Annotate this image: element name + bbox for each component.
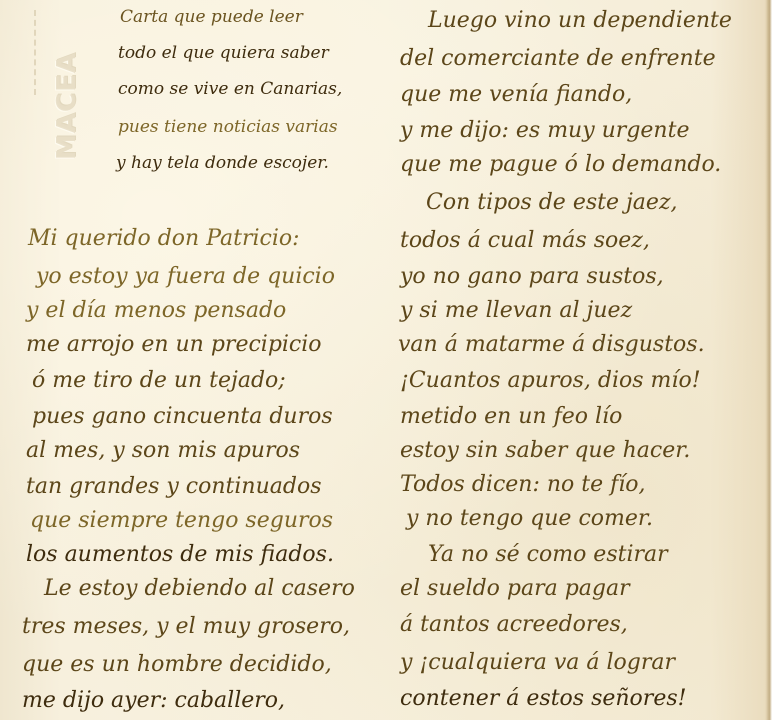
verse-line: contener á estos señores! bbox=[400, 684, 686, 714]
verse-line: me arrojo en un precipicio bbox=[26, 330, 322, 360]
verse-line: todos á cual más soez, bbox=[400, 226, 650, 256]
verse-line: me dijo ayer: caballero, bbox=[22, 686, 285, 716]
verse-line: y si me llevan al juez bbox=[400, 296, 632, 326]
letter-page: MACEA Carta que puede leer todo el que q… bbox=[0, 0, 772, 720]
verse-line: Le estoy debiendo al casero bbox=[44, 574, 355, 604]
verse-line: yo no gano para sustos, bbox=[400, 262, 664, 292]
verse-line: que me pague ó lo demando. bbox=[400, 150, 721, 180]
verse-line: los aumentos de mis fiados. bbox=[26, 540, 334, 570]
verse-line: Con tipos de este jaez, bbox=[426, 188, 678, 218]
verse-line: al mes, y son mis apuros bbox=[26, 436, 300, 466]
heading-line: y hay tela donde escojer. bbox=[116, 148, 329, 178]
verse-line: tan grandes y continuados bbox=[26, 472, 322, 502]
verse-line: el sueldo para pagar bbox=[400, 574, 630, 604]
verse-line: metido en un feo lío bbox=[400, 402, 622, 432]
paper-emboss-rule bbox=[34, 10, 39, 95]
paper-watermark: MACEA bbox=[52, 50, 92, 160]
verse-line: Todos dicen: no te fío, bbox=[400, 470, 646, 500]
verse-line: pues gano cincuenta duros bbox=[32, 402, 333, 432]
heading-line: como se vive en Canarias, bbox=[118, 74, 342, 104]
verse-line: Ya no sé como estirar bbox=[428, 540, 668, 570]
verse-line: á tantos acreedores, bbox=[400, 610, 628, 640]
verse-line: Luego vino un dependiente bbox=[428, 6, 732, 36]
verse-line: yo estoy ya fuera de quicio bbox=[36, 262, 335, 292]
verse-line: y el día menos pensado bbox=[26, 296, 286, 326]
verse-line: ó me tiro de un tejado; bbox=[32, 366, 286, 396]
verse-line: ¡Cuantos apuros, dios mío! bbox=[400, 366, 701, 396]
verse-line: que me venía fiando, bbox=[400, 80, 632, 110]
verse-line: tres meses, y el muy grosero, bbox=[22, 612, 350, 642]
heading-line: todo el que quiera saber bbox=[118, 38, 329, 68]
heading-line: pues tiene noticias varias bbox=[118, 112, 338, 142]
verse-line: que es un hombre decidido, bbox=[22, 650, 332, 680]
verse-line: del comerciante de enfrente bbox=[400, 44, 716, 74]
verse-line: y ¡cualquiera va á lograr bbox=[400, 648, 675, 678]
verse-line: y no tengo que comer. bbox=[406, 504, 653, 534]
heading-line: Carta que puede leer bbox=[120, 2, 303, 32]
verse-line: que siempre tengo seguros bbox=[30, 506, 333, 536]
verse-line: estoy sin saber que hacer. bbox=[400, 436, 690, 466]
verse-line: y me dijo: es muy urgente bbox=[400, 116, 689, 146]
verse-line: van á matarme á disgustos. bbox=[398, 330, 705, 360]
salutation: Mi querido don Patricio: bbox=[28, 224, 300, 254]
